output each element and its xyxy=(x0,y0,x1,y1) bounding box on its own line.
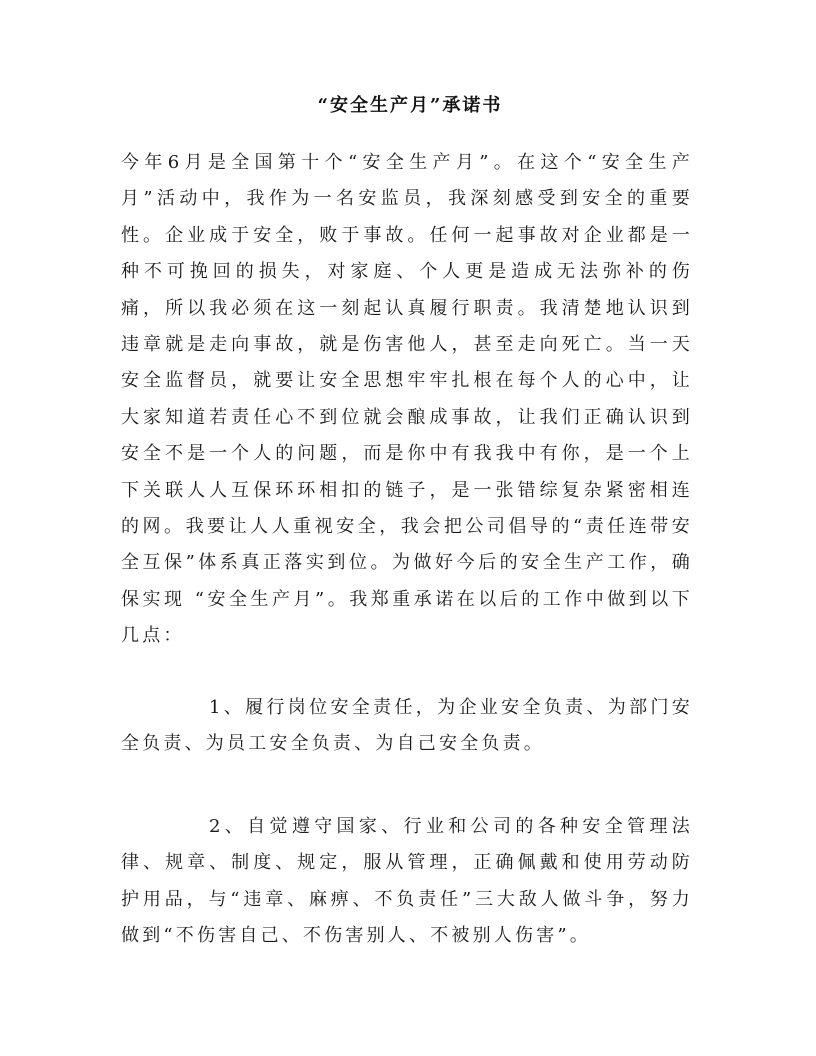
paragraph-item-1: 1、履行岗位安全责任，为企业安全负责、为部门安全负责、为员工安全负责、为自己安全… xyxy=(121,690,693,763)
paragraph-item-2: 2、自觉遵守国家、行业和公司的各种安全管理法律、规章、制度、规定，服从管理，正确… xyxy=(121,809,693,955)
document-title: “安全生产月”承诺书 xyxy=(0,94,816,118)
document-page: “安全生产月”承诺书 今年6月是全国第十个“安全生产月”。在这个“安全生产月”活… xyxy=(0,0,816,1056)
paragraph-intro: 今年6月是全国第十个“安全生产月”。在这个“安全生产月”活动中，我作为一名安监员… xyxy=(121,145,693,655)
